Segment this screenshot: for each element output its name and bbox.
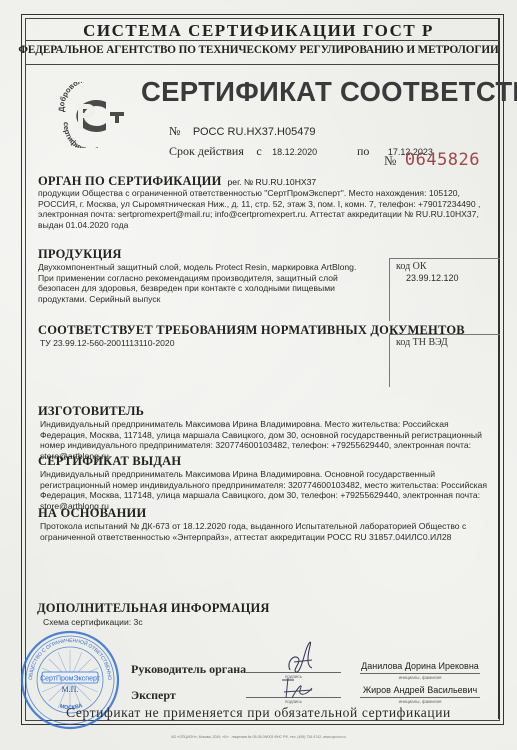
validity-label: Срок действия (169, 144, 244, 158)
blank-number-row: № 0645826 (384, 150, 480, 170)
validity-to-label: по (357, 144, 369, 158)
certificate-number-label: № (169, 124, 180, 138)
certificate-number: РОСС RU.НХ37.Н05479 (193, 126, 316, 138)
validity-from-date: 18.12.2020 (272, 147, 317, 157)
printer-line: АО «ОПЦИОН», Москва, 2019, «Б» · лицензи… (0, 735, 517, 739)
head-of-body-role: Руководитель органа (131, 662, 246, 676)
certification-body-heading: ОРГАН ПО СЕРТИФИКАЦИИ (38, 174, 222, 188)
expert-signature-icon (278, 672, 318, 702)
certificate-title: СЕРТИФИКАТ СООТВЕТСТВИЯ (141, 76, 501, 108)
head-signature-icon (282, 636, 322, 676)
seal-company-name: СертПромЭксперт (40, 676, 101, 683)
manufacturer-title: ИЗГОТОВИТЕЛЬ (38, 404, 144, 419)
certification-body-text: продукции Общества с ограниченной ответс… (38, 188, 496, 230)
ok-code-label: код ОК (396, 261, 494, 272)
head-name-caption: инициалы, фамилия (360, 675, 480, 680)
basis-title: НА ОСНОВАНИИ (38, 506, 146, 521)
expert-name: Жиров Андрей Васильевич (360, 685, 480, 695)
tnved-code-box: код ТН ВЭД (389, 334, 500, 387)
certification-body-reg-number: рег. № RU.RU.10НХ37 (228, 177, 317, 187)
product-title: ПРОДУКЦИЯ (38, 247, 122, 262)
system-title: СИСТЕМА СЕРТИФИКАЦИИ ГОСТ Р (0, 21, 517, 41)
compliance-text: ТУ 23.99.12-560-2001113110-2020 (40, 338, 370, 349)
basis-text: Протокола испытаний № ДК-673 от 18.12.20… (40, 521, 496, 542)
ok-code-value: 23.99.12.120 (406, 273, 494, 283)
validity-from-label: с (256, 144, 261, 158)
validity-row: Срок действия с 18.12.2020 (169, 142, 317, 160)
header-divider-2 (25, 64, 500, 65)
seal-mp: М.П. (62, 685, 79, 694)
footer-note: Сертификат не применяется при обязательн… (0, 705, 517, 721)
certification-scheme-text: Схема сертификации: 3с (43, 617, 243, 628)
voluntary-certification-logo-icon: Добровольная сертификация (54, 82, 128, 148)
blank-number: 0645826 (405, 150, 480, 170)
certificate-number-row: № РОСС RU.НХ37.Н05479 (169, 122, 316, 140)
agency-title: ФЕДЕРАЛЬНОЕ АГЕНТСТВО ПО ТЕХНИЧЕСКОМУ РЕ… (0, 44, 517, 56)
expert-role: Эксперт (131, 688, 176, 702)
ok-code-box: код ОК 23.99.12.120 (389, 258, 500, 321)
product-text: Двухкомпонентный защитный слой, модель P… (38, 262, 368, 304)
expert-name-line (360, 697, 480, 698)
expert-label: Эксперт (131, 686, 176, 704)
issued-to-title: СЕРТИФИКАТ ВЫДАН (38, 454, 181, 469)
additional-info-title: ДОПОЛНИТЕЛЬНАЯ ИНФОРМАЦИЯ (37, 601, 270, 616)
head-name: Данилова Дорина Ирековна (360, 661, 480, 671)
head-name-line (360, 673, 480, 674)
tnved-code-label: код ТН ВЭД (396, 337, 494, 348)
expert-name-caption: инициалы, фамилия (360, 699, 480, 704)
blank-number-label: № (384, 153, 396, 168)
head-of-body-label: Руководитель органа (131, 660, 246, 678)
certification-body-title: ОРГАН ПО СЕРТИФИКАЦИИрег. № RU.RU.10НХ37 (38, 174, 316, 189)
